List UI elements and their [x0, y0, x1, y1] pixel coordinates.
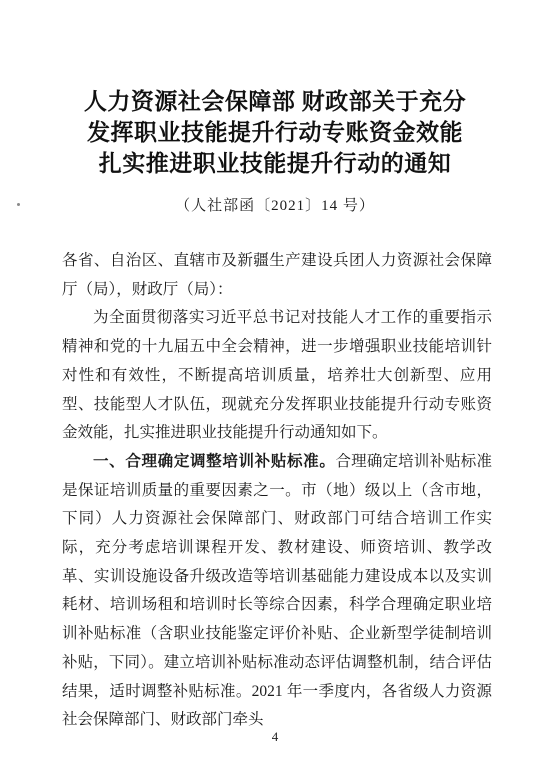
document-number: （人社部函〔2021〕14 号）	[0, 194, 550, 215]
document-title: 人力资源社会保障部 财政部关于充分 发挥职业技能提升行动专账资金效能 扎实推进职…	[0, 0, 550, 179]
scan-artifact-speck	[17, 203, 20, 206]
section-1-text: 合理确定培训补贴标准是保证培训质量的重要因素之一。市（地）级以上（含市地，下同）…	[62, 453, 492, 728]
title-line-1: 人力资源社会保障部 财政部关于充分	[0, 86, 550, 117]
section-1-heading: 一、合理确定调整培训补贴标准。	[93, 453, 335, 470]
title-line-3: 扎实推进职业技能提升行动的通知	[0, 148, 550, 179]
title-line-2: 发挥职业技能提升行动专账资金效能	[0, 117, 550, 148]
salutation-line: 各省、自治区、直辖市及新疆生产建设兵团人力资源社会保障厅（局），财政厅（局）：	[62, 247, 492, 304]
document-page: 人力资源社会保障部 财政部关于充分 发挥职业技能提升行动专账资金效能 扎实推进职…	[0, 0, 550, 783]
page-number: 4	[0, 729, 550, 745]
document-body: 各省、自治区、直辖市及新疆生产建设兵团人力资源社会保障厅（局），财政厅（局）： …	[62, 247, 492, 735]
intro-paragraph: 为全面贯彻落实习近平总书记对技能人才工作的重要指示精神和党的十九届五中全会精神，…	[62, 304, 492, 448]
section-1-paragraph: 一、合理确定调整培训补贴标准。合理确定培训补贴标准是保证培训质量的重要因素之一。…	[62, 448, 492, 735]
